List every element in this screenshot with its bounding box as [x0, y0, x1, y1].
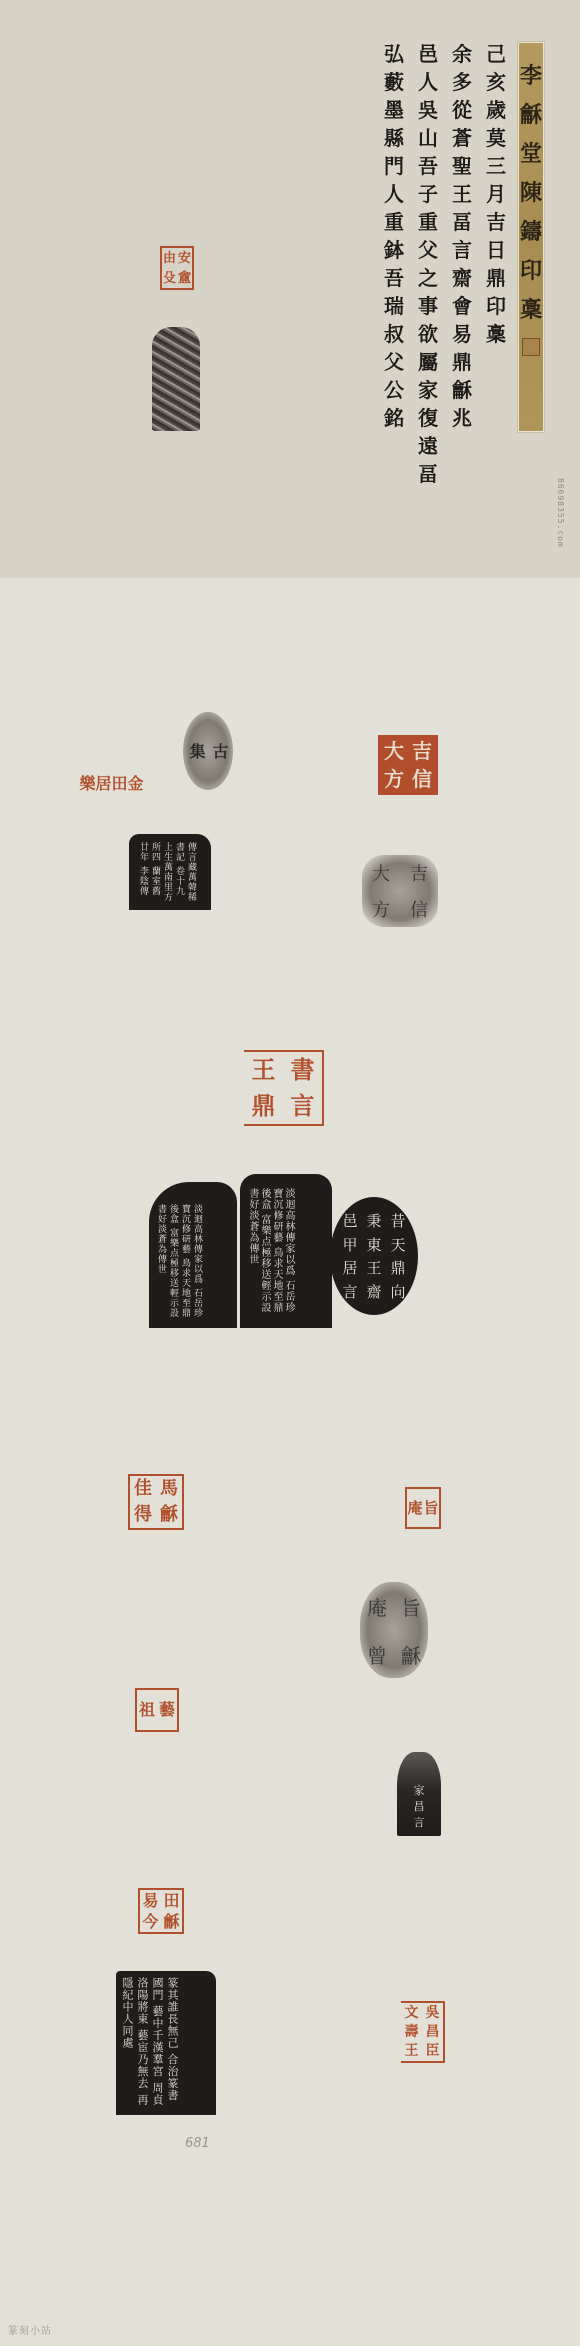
colophon-char: 多	[452, 68, 472, 96]
seal-glyph: 由	[163, 252, 176, 265]
rubbing-inscription-text: 淡迴高林傳家以爲 石岳珍寶沉修研藝 鳥求天地至鼎後盒 富樂点極移送輕示設 書好淡…	[240, 1174, 300, 1328]
seal-glyph: 王	[252, 1058, 276, 1082]
seal-glyph: 言	[291, 1094, 315, 1118]
seal-glyph: 信	[410, 896, 428, 922]
seal-rubbing-oval: 邑秉昔 甲東天 居王鼎 言齋向	[330, 1197, 418, 1315]
seal-glyph: 大	[384, 741, 404, 761]
seal-glyph: 田	[110, 775, 126, 791]
seal-glyph: 方	[372, 896, 390, 922]
colophon-char: 銘	[384, 404, 404, 432]
colophon-char: 兆	[452, 404, 472, 432]
seal-glyph: 庵	[367, 1592, 387, 1621]
seal-glyph: 龢	[160, 1506, 178, 1524]
album-leaf-bottom	[0, 578, 580, 2346]
colophon-char: 吳	[418, 96, 438, 124]
seal-glyph: 吉	[410, 860, 428, 886]
seal-impression: 祖藝	[135, 1688, 179, 1732]
colophon-char: 三	[486, 152, 506, 180]
colophon-column-4: 弘藪墨縣門人重鉢吾瑞叔父公銘	[382, 40, 406, 488]
seal-glyph: 文	[405, 2006, 419, 2020]
colophon-char: 吉	[486, 208, 506, 236]
seal-impression: 王書 鼎言	[244, 1050, 324, 1126]
colophon-char: 亥	[486, 68, 506, 96]
seal-glyph: 曾	[367, 1640, 387, 1669]
seal-glyph: 得	[134, 1506, 152, 1524]
colophon-char: 屬	[418, 348, 438, 376]
seal-glyph: 昔	[390, 1210, 405, 1231]
seal-glyph: 鼎	[390, 1257, 405, 1278]
seal-glyph: 庵	[407, 1501, 422, 1516]
seal-glyph: 龢	[163, 1914, 179, 1930]
colophon-column-1: 己亥歲莫三月吉日鼎印稾	[484, 40, 508, 488]
colophon-char: 日	[486, 236, 506, 264]
colophon-char: 月	[486, 180, 506, 208]
inscription-rubbing-right: 淡迴高林傳家以爲 石岳珍寶沉修研藝 鳥求天地至鼎後盒 富樂点極移送輕示設 書好淡…	[240, 1174, 332, 1328]
seal-glyph: 旨	[401, 1592, 421, 1621]
seal-glyph: 祖	[139, 1702, 155, 1718]
colophon-char: 鼎	[486, 264, 506, 292]
seal-glyph: 易	[142, 1893, 158, 1909]
colophon-char: 公	[384, 376, 404, 404]
seal-glyph: 甲	[342, 1234, 357, 1255]
rubbing-inscription-text: 淡迴高林傳家以爲 石岳珍寶沉修研藝 鳥求天地至鼎後盒 富樂点極移送輕示設 書好淡…	[149, 1182, 209, 1328]
seal-glyph: 古	[208, 743, 231, 759]
seal-glyph: 藝	[159, 1702, 175, 1718]
seal-rubbing: 集 古	[183, 712, 233, 790]
colophon-char: 瑞	[384, 292, 404, 320]
seal-impression: 文吳 壽昌 王臣	[401, 2001, 445, 2063]
seal-glyph: 吳	[426, 2006, 440, 2020]
colophon-char: 藪	[384, 68, 404, 96]
seal-glyph: 東	[366, 1234, 381, 1255]
title-char: 印	[520, 252, 542, 291]
seal-glyph: 佳	[134, 1480, 152, 1498]
seal-glyph: 殳	[163, 272, 176, 285]
colophon-char: 門	[384, 152, 404, 180]
colophon-char: 人	[418, 68, 438, 96]
seal-rubbing: 庵旨 曾龢	[360, 1582, 428, 1678]
seal-glyph: 向	[390, 1281, 405, 1302]
title-char: 堂	[520, 135, 542, 174]
seal-impression: 佳馬 得龢	[128, 1474, 184, 1530]
colophon-char: 聖	[452, 152, 472, 180]
colophon: 己亥歲莫三月吉日鼎印稾 余多從蒼聖王畐言齋會易鼎龢兆 邑人吳山吾子重父之事欲屬家…	[382, 40, 508, 488]
rubbing-inscription-text: 傳言藏萬韓稀書記 卷十九 上生萬南里方 所四 蘭室舊 廿年 李陰傳	[129, 834, 205, 910]
inscription-rubbing: 篆其誰長無己 合治篆書國門 藝中千漢羣宮 周貞洛陽將東 藝宦乃無去 再隱紀中人同…	[116, 1971, 216, 2115]
colophon-char: 父	[418, 236, 438, 264]
colophon-char: 邑	[418, 40, 438, 68]
seal-glyph: 昌	[426, 2025, 440, 2039]
seal-impression: 金田居樂	[118, 745, 142, 821]
seal-side-rubbing	[152, 327, 200, 431]
colophon-char: 鉢	[384, 236, 404, 264]
seal-glyph: 秉	[366, 1210, 381, 1231]
title-char: 陳	[520, 174, 542, 213]
seal-glyph: 齋	[366, 1281, 381, 1302]
title-char: 鑄	[520, 213, 542, 252]
colophon-char: 畐	[452, 208, 472, 236]
seal-glyph: 天	[390, 1234, 405, 1255]
colophon-char: 重	[384, 208, 404, 236]
seal-impression: 由安 殳盦	[160, 246, 194, 290]
colophon-char: 己	[486, 40, 506, 68]
colophon-char: 吾	[384, 264, 404, 292]
colophon-char: 言	[452, 236, 472, 264]
colophon-char: 從	[452, 96, 472, 124]
seal-glyph: 居	[342, 1257, 357, 1278]
seal-glyph: 王	[366, 1257, 381, 1278]
seal-glyph: 昌	[414, 1798, 425, 1814]
seal-rubbing: 大吉 方信	[362, 855, 438, 927]
colophon-char: 重	[418, 208, 438, 236]
colophon-char: 欲	[418, 320, 438, 348]
colophon-char: 余	[452, 40, 472, 68]
colophon-char: 莫	[486, 124, 506, 152]
colophon-char: 印	[486, 292, 506, 320]
seal-glyph: 盦	[178, 272, 191, 285]
seal-impression: 庵旨	[405, 1487, 441, 1529]
seal-glyph: 吉	[412, 741, 432, 761]
seal-glyph: 大	[372, 860, 390, 886]
seal-glyph: 金	[126, 775, 142, 791]
pencil-note: 681	[185, 2136, 210, 2151]
seal-glyph: 信	[412, 769, 432, 789]
seal-glyph: 樂	[78, 775, 94, 791]
seal-impression: 大吉 方信	[378, 735, 438, 795]
colophon-char: 家	[418, 376, 438, 404]
watermark-vertical: 86698355.com	[556, 478, 565, 548]
colophon-char: 縣	[384, 124, 404, 152]
title-char: 龢	[520, 96, 542, 135]
colophon-char: 弘	[384, 40, 404, 68]
title-char: 李	[520, 57, 542, 96]
colophon-char: 叔	[384, 320, 404, 348]
seal-glyph: 壽	[405, 2025, 419, 2039]
colophon-char: 子	[418, 180, 438, 208]
colophon-char: 事	[418, 292, 438, 320]
inscription-rubbing-left: 淡迴高林傳家以爲 石岳珍寶沉修研藝 鳥求天地至鼎後盒 富樂点極移送輕示設 書好淡…	[149, 1182, 237, 1328]
colophon-char: 父	[384, 348, 404, 376]
colophon-column-3: 邑人吳山吾子重父之事欲屬家復遠畐	[416, 40, 440, 488]
colophon-char: 蒼	[452, 124, 472, 152]
seal-glyph: 田	[163, 1893, 179, 1909]
colophon-char: 復	[418, 404, 438, 432]
seal-glyph: 鼎	[252, 1094, 276, 1118]
colophon-char: 齋	[452, 264, 472, 292]
seal-impression: 易田 今龢	[138, 1888, 184, 1934]
colophon-char: 畐	[418, 460, 438, 488]
colophon-char: 吾	[418, 152, 438, 180]
seal-glyph: 旨	[423, 1501, 438, 1516]
title-strip: 李 龢 堂 陳 鑄 印 稾	[518, 42, 544, 432]
colophon-char: 王	[452, 180, 472, 208]
seal-top-rubbing: 家昌言	[397, 1752, 441, 1836]
colophon-char: 之	[418, 264, 438, 292]
title-char: 稾	[520, 291, 542, 330]
seal-glyph: 方	[384, 769, 404, 789]
colophon-char: 墨	[384, 96, 404, 124]
seal-glyph: 書	[291, 1058, 315, 1082]
seal-glyph: 邑	[342, 1210, 357, 1231]
colophon-char: 遠	[418, 432, 438, 460]
seal-glyph: 言	[342, 1281, 357, 1302]
seal-glyph: 臣	[426, 2044, 440, 2058]
colophon-char: 稾	[486, 320, 506, 348]
colophon-char: 會	[452, 292, 472, 320]
colophon-column-2: 余多從蒼聖王畐言齋會易鼎龢兆	[450, 40, 474, 488]
seal-glyph: 王	[405, 2044, 419, 2058]
seal-glyph: 家	[414, 1782, 425, 1798]
seal-glyph: 集	[185, 743, 208, 759]
inscription-rubbing: 傳言藏萬韓稀書記 卷十九 上生萬南里方 所四 蘭室舊 廿年 李陰傳	[129, 834, 211, 910]
title-seal-icon	[522, 338, 540, 356]
seal-glyph: 今	[142, 1914, 158, 1930]
colophon-char: 易	[452, 320, 472, 348]
seal-glyph: 言	[414, 1814, 425, 1830]
colophon-char: 鼎	[452, 348, 472, 376]
colophon-char: 山	[418, 124, 438, 152]
seal-glyph: 龢	[401, 1640, 421, 1669]
colophon-char: 龢	[452, 376, 472, 404]
rubbing-inscription-text: 篆其誰長無己 合治篆書國門 藝中千漢羣宮 周貞洛陽將東 藝宦乃無去 再隱紀中人同…	[116, 1971, 184, 2115]
colophon-char: 歲	[486, 96, 506, 124]
watermark-bottom: 篆刻小站	[8, 2322, 52, 2337]
seal-glyph: 居	[94, 775, 110, 791]
seal-glyph: 安	[178, 252, 191, 265]
seal-glyph: 馬	[160, 1480, 178, 1498]
colophon-char: 人	[384, 180, 404, 208]
